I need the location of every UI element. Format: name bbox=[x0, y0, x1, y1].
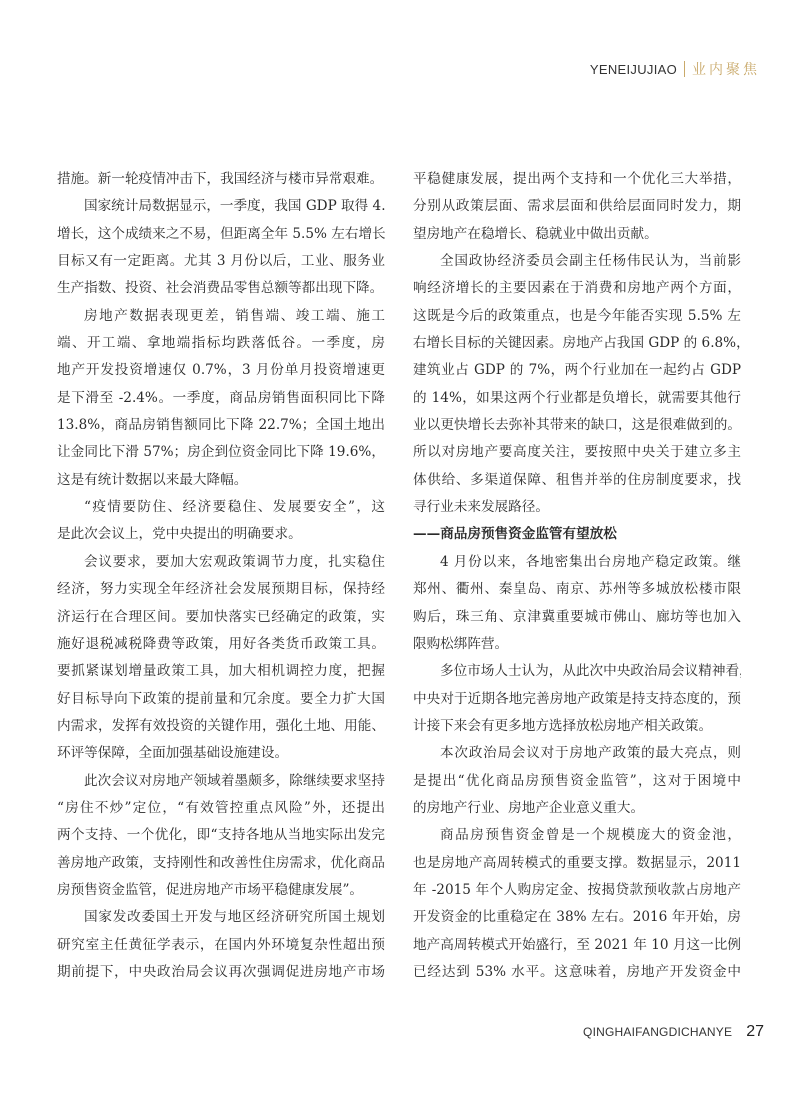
text-line: 这是有统计数据以来最大降幅。 bbox=[57, 467, 385, 494]
text-line: 寻行业未来发展路径。 bbox=[413, 494, 741, 521]
text-line: 期前提下，中央政治局会议再次强调促进房地产市场 bbox=[57, 959, 385, 986]
text-line: 地产高周转模式开始盛行，至 2021 年 10 月这一比例 bbox=[413, 932, 741, 959]
text-line: 望房地产在稳增长、稳就业中做出贡献。 bbox=[413, 221, 741, 248]
text-line: 是此次会议上，党中央提出的明确要求。 bbox=[57, 521, 385, 548]
text-line: 体供给、多渠道保障、租售并举的住房制度要求，找 bbox=[413, 467, 741, 494]
text-line: “疫情要防住、经济要稳住、发展要安全”，这 bbox=[57, 494, 385, 521]
text-line: 本次政治局会议对于房地产政策的最大亮点，则 bbox=[413, 740, 741, 767]
text-line: 右增长目标的关键因素。房地产占我国 GDP 的 6.8%， bbox=[413, 330, 741, 357]
text-line: 购后，珠三角、京津冀重要城市佛山、廊坊等也加入 bbox=[413, 604, 741, 631]
text-line: 的 14%，如果这两个行业都是负增长，就需要其他行 bbox=[413, 385, 741, 412]
article-column-right: 平稳健康发展，提出两个支持和一个优化三大举措，分别从政策层面、需求层面和供给层面… bbox=[413, 166, 741, 986]
text-line: 已经达到 53% 水平。这意味着，房地产开发资金中 bbox=[413, 959, 741, 986]
text-line: 地产开发投资增速仅 0.7%，3 月份单月投资增速更 bbox=[57, 357, 385, 384]
text-line: 是下滑至 -2.4%。一季度，商品房销售面积同比下降 bbox=[57, 385, 385, 412]
text-line: 增长，这个成绩来之不易，但距离全年 5.5% 左右增长 bbox=[57, 221, 385, 248]
text-line: 端、开工端、拿地端指标均跌落低谷。一季度，房 bbox=[57, 330, 385, 357]
section-name-english: YENEIJUJIAO bbox=[590, 62, 677, 77]
text-line: 年 -2015 年个人购房定金、按揭贷款预收款占房地产 bbox=[413, 877, 741, 904]
text-line: 响经济增长的主要因素在于消费和房地产两个方面， bbox=[413, 275, 741, 302]
text-line: 13.8%，商品房销售额同比下降 22.7%；全国土地出 bbox=[57, 412, 385, 439]
text-line: 会议要求，要加大宏观政策调节力度，扎实稳住 bbox=[57, 549, 385, 576]
text-line: 经济，努力实现全年经济社会发展预期目标，保持经 bbox=[57, 576, 385, 603]
text-line: 研究室主任黄征学表示，在国内外环境复杂性超出预 bbox=[57, 932, 385, 959]
text-line: 也是房地产高周转模式的重要支撑。数据显示，2011 bbox=[413, 850, 741, 877]
text-line: 济运行在合理区间。要加快落实已经确定的政策，实 bbox=[57, 604, 385, 631]
text-line: 生产指数、投资、社会消费品零售总额等都出现下降。 bbox=[57, 275, 385, 302]
article-column-left: 措施。新一轮疫情冲击下，我国经济与楼市异常艰难。国家统计局数据显示，一季度，我国… bbox=[57, 166, 385, 986]
header-divider bbox=[684, 61, 685, 77]
text-line: 内需求，发挥有效投资的关键作用，强化土地、用能、 bbox=[57, 713, 385, 740]
text-line: 多位市场人士认为，从此次中央政治局会议精神看， bbox=[413, 658, 741, 685]
text-line: 善房地产政策，支持刚性和改善性住房需求，优化商品 bbox=[57, 850, 385, 877]
text-line: 国家统计局数据显示，一季度，我国 GDP 取得 4.8% bbox=[57, 193, 385, 220]
text-line: 建筑业占 GDP 的 7%，两个行业加在一起约占 GDP bbox=[413, 357, 741, 384]
text-line: 施好退税减税降费等政策，用好各类货币政策工具。 bbox=[57, 631, 385, 658]
text-line: 郑州、衢州、秦皇岛、南京、苏州等多城放松楼市限 bbox=[413, 576, 741, 603]
text-line: 开发资金的比重稳定在 38% 左右。2016 年开始，房 bbox=[413, 904, 741, 931]
text-line: 业以更快增长去弥补其带来的缺口，这是很难做到的。 bbox=[413, 412, 741, 439]
text-line: 4 月份以来，各地密集出台房地产稳定政策。继 bbox=[413, 549, 741, 576]
text-line: 所以对房地产要高度关注，要按照中央关于建立多主 bbox=[413, 439, 741, 466]
text-line: 让金同比下滑 57%；房企到位资金同比下降 19.6%， bbox=[57, 439, 385, 466]
text-line: 的房地产行业、房地产企业意义重大。 bbox=[413, 795, 741, 822]
text-line: 是提出“优化商品房预售资金监管”，这对于困境中 bbox=[413, 768, 741, 795]
text-line: 房地产数据表现更差，销售端、竣工端、施工 bbox=[57, 303, 385, 330]
text-line: 环评等保障，全面加强基础设施建设。 bbox=[57, 740, 385, 767]
text-line: “房住不炒”定位，“有效管控重点风险”外，还提出 bbox=[57, 795, 385, 822]
section-name-chinese: 业内聚焦 bbox=[692, 59, 760, 79]
text-line: 目标又有一定距离。尤其 3 月份以后，工业、服务业 bbox=[57, 248, 385, 275]
section-subheading: ——商品房预售资金监管有望放松 bbox=[413, 521, 741, 548]
text-line: 中央对于近期各地完善房地产政策是持支持态度的，预 bbox=[413, 686, 741, 713]
text-line: 此次会议对房地产领域着墨颇多，除继续要求坚持 bbox=[57, 768, 385, 795]
text-line: 措施。新一轮疫情冲击下，我国经济与楼市异常艰难。 bbox=[57, 166, 385, 193]
text-line: 分别从政策层面、需求层面和供给层面同时发力，期 bbox=[413, 193, 741, 220]
text-line: 计接下来会有更多地方选择放松房地产相关政策。 bbox=[413, 713, 741, 740]
running-header: YENEIJUJIAO 业内聚焦 bbox=[590, 59, 760, 79]
text-line: 限购松绑阵营。 bbox=[413, 631, 741, 658]
magazine-name: QINGHAIFANGDICHANYE bbox=[583, 1025, 732, 1039]
text-line: 好目标导向下政策的提前量和冗余度。要全力扩大国 bbox=[57, 686, 385, 713]
text-line: 全国政协经济委员会副主任杨伟民认为，当前影 bbox=[413, 248, 741, 275]
text-line: 房预售资金监管，促进房地产市场平稳健康发展”。 bbox=[57, 877, 385, 904]
text-line: 平稳健康发展，提出两个支持和一个优化三大举措， bbox=[413, 166, 741, 193]
text-line: 国家发改委国土开发与地区经济研究所国土规划 bbox=[57, 904, 385, 931]
text-line: 要抓紧谋划增量政策工具，加大相机调控力度，把握 bbox=[57, 658, 385, 685]
running-footer: QINGHAIFANGDICHANYE 27 bbox=[583, 1023, 764, 1041]
text-line: 两个支持、一个优化，即“支持各地从当地实际出发完 bbox=[57, 822, 385, 849]
page-number: 27 bbox=[746, 1023, 764, 1041]
text-line: 商品房预售资金曾是一个规模庞大的资金池， bbox=[413, 822, 741, 849]
text-line: 这既是今后的政策重点，也是今年能否实现 5.5% 左 bbox=[413, 303, 741, 330]
